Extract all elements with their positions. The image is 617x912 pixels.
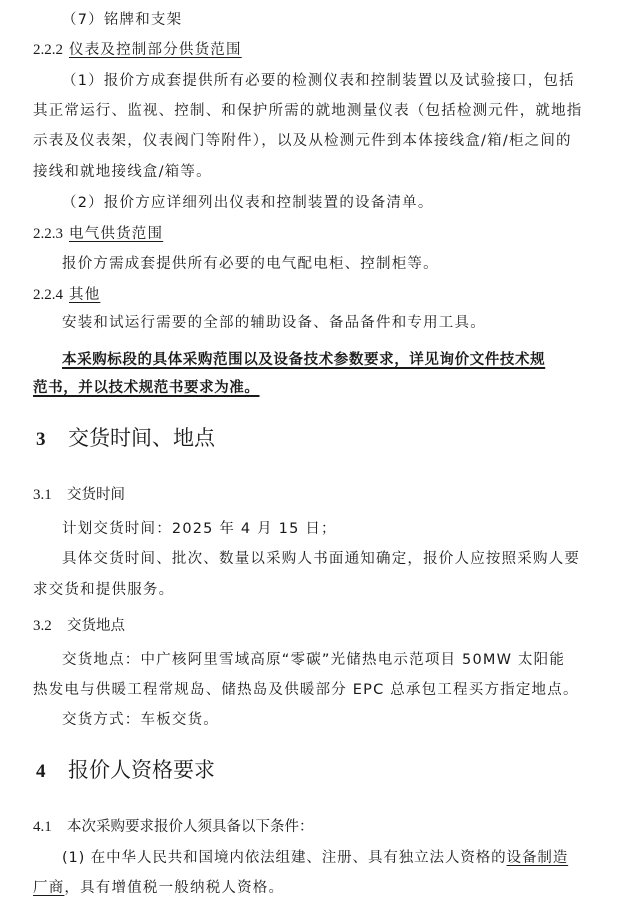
section-title: 交货地点 <box>67 618 125 634</box>
section-number: 3.1 <box>33 485 67 505</box>
requirement-1-line: (1) 在中华人民共和国境内依法组建、注册、具有独立法人资格的设备制造 <box>62 848 568 868</box>
section-title: 交货时间 <box>67 487 125 503</box>
delivery-place-line: 热发电与供暖工程常规岛、储热岛及供暖部分 EPC 总承包工程买方指定地点。 <box>33 680 579 700</box>
notice-line: 范书，并以技术规范书要求为准。 <box>33 378 260 398</box>
chapter-number: 4 <box>36 758 68 786</box>
chapter-heading-3: 3交货时间、地点 <box>36 424 215 454</box>
section-number: 3.2 <box>33 616 67 636</box>
chapter-heading-4: 4报价人资格要求 <box>36 756 215 786</box>
requirement-1-line: 厂商，具有增值税一般纳税人资格。 <box>33 878 284 898</box>
planned-delivery-time: 计划交货时间：2025 年 4 月 15 日； <box>62 519 337 539</box>
requirement-text: ，具有增值税一般纳税人资格。 <box>64 880 284 896</box>
chapter-number: 3 <box>36 426 68 454</box>
requirement-text: (1) 在中华人民共和国境内依法组建、注册、具有独立法人资格的 <box>62 850 507 866</box>
paragraph-line: 接线和就地接线盒/箱等。 <box>33 162 212 182</box>
paragraph-line: 报价方需成套提供所有必要的电气配电柜、控制柜等。 <box>62 254 439 274</box>
paragraph-line: 求交货和提供服务。 <box>33 580 174 600</box>
section-heading-3-1: 3.1交货时间 <box>33 485 125 505</box>
section-heading-2-2-3: 2.2.3电气供货范围 <box>33 224 163 244</box>
notice-line: 本采购标段的具体采购范围以及设备技术参数要求，详见询价文件技术规 <box>62 350 545 370</box>
delivery-method: 交货方式：车板交货。 <box>62 710 219 730</box>
requirement-underlined: 设备制造 <box>507 850 569 866</box>
chapter-title: 交货时间、地点 <box>68 426 215 450</box>
section-heading-2-2-4: 2.2.4其他 <box>33 285 100 305</box>
section-title: 仪表及控制部分供货范围 <box>69 42 242 58</box>
section-number: 2.2.4 <box>33 287 63 303</box>
paragraph-line: （1）报价方成套提供所有必要的检测仪表和控制装置以及试验接口，包括 <box>62 71 575 91</box>
section-number: 2.2.3 <box>33 226 63 242</box>
paragraph-line: （2）报价方应详细列出仪表和控制装置的设备清单。 <box>62 193 434 213</box>
section-title: 本次采购要求报价人须具备以下条件： <box>67 819 314 835</box>
section-title: 其他 <box>69 287 100 303</box>
chapter-title: 报价人资格要求 <box>68 758 215 782</box>
notice-text: 范书，并以技术规范书要求为准。 <box>33 380 260 396</box>
section-heading-2-2-2: 2.2.2仪表及控制部分供货范围 <box>33 40 242 60</box>
paragraph-line: 其正常运行、监视、控制、和保护所需的就地测量仪表（包括检测元件，就地指 <box>33 101 583 121</box>
section-heading-3-2: 3.2交货地点 <box>33 616 125 636</box>
section-title: 电气供货范围 <box>69 226 163 242</box>
paragraph-line: 示表及仪表架，仪表阀门等附件），以及从检测元件到本体接线盒/箱/柜之间的 <box>33 131 572 151</box>
section-number: 4.1 <box>33 817 67 837</box>
list-item-nameplate: （7）铭牌和支架 <box>62 10 182 30</box>
paragraph-line: 安装和试运行需要的全部的辅助设备、备品备件和专用工具。 <box>62 313 486 333</box>
paragraph-line: 具体交货时间、批次、数量以采购人书面通知确定，报价人应按照采购人要 <box>62 549 580 569</box>
section-heading-4-1: 4.1本次采购要求报价人须具备以下条件： <box>33 817 314 837</box>
notice-text: 本采购标段的具体采购范围以及设备技术参数要求，详见询价文件技术规 <box>62 352 545 368</box>
section-number: 2.2.2 <box>33 42 63 58</box>
requirement-underlined: 厂商 <box>33 880 64 896</box>
delivery-place-line: 交货地点：中广核阿里雪域高原“零碳”光储热电示范项目 50MW 太阳能 <box>62 650 565 670</box>
